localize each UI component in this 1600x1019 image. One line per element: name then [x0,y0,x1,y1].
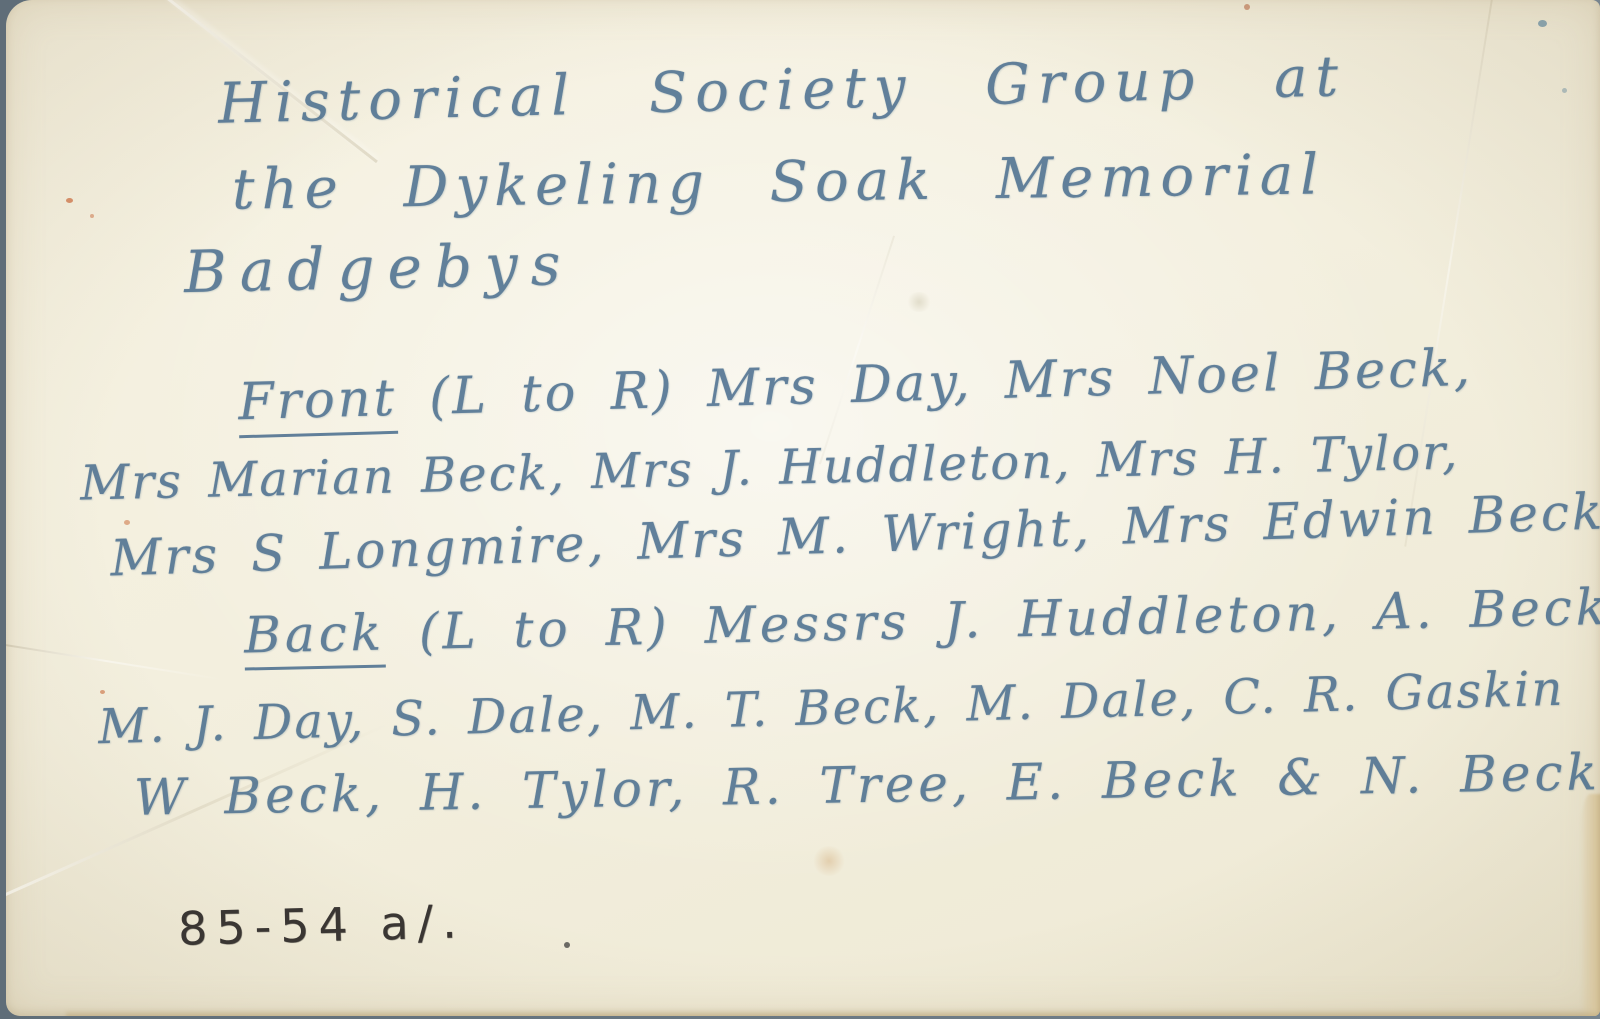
back-row-line-3: W Beck, H. Tylor, R. Tree, E. Beck & N. … [134,743,1600,827]
pencil-dot [564,942,570,948]
ink-speck [1538,20,1547,27]
caption-text: (L to R) Mrs Day, Mrs Noel Beck, [396,339,1473,428]
rust-speck [100,690,105,694]
crease-bottom-left [6,641,225,681]
title-line-3: Badgebys [183,230,574,306]
rust-speck [1244,4,1250,10]
back-row-line-1: Back (L to R) Messrs J. Huddleton, A. Be… [244,577,1600,664]
title-line-1: Historical Society Group at [217,44,1346,137]
worn-bottom-edge [66,1010,1600,1016]
crease-middle [819,236,895,465]
caption-text: the Dykeling Soak Memorial [232,142,1326,222]
caption-text: W Beck, H. Tylor, R. Tree, E. Beck & N. … [134,743,1600,827]
caption-text: (L to R) Messrs J. Huddleton, A. Beck, [384,577,1600,661]
worn-right-edge [1580,794,1600,1016]
faint-smudge [906,292,932,312]
ink-speck [1562,88,1567,93]
accession-number: 85-54 a/. [177,894,466,956]
rust-speck [90,214,94,218]
caption-text: Badgebys [183,230,574,306]
underlined-word: Back [244,604,386,671]
caption-text: Historical Society Group at [217,44,1346,137]
front-row-line-1: Front (L to R) Mrs Day, Mrs Noel Beck, [237,339,1473,432]
underlined-word: Front [237,369,398,438]
back-row-line-2: M. J. Day, S. Dale, M. T. Beck, M. Dale,… [98,661,1566,755]
caption-text: M. J. Day, S. Dale, M. T. Beck, M. Dale,… [98,661,1566,755]
brown-stain [812,846,846,876]
title-line-2: the Dykeling Soak Memorial [232,142,1326,222]
photo-back-card: Historical Society Group at the Dykeling… [6,0,1600,1016]
rust-speck [124,520,130,525]
rust-speck [66,198,73,203]
